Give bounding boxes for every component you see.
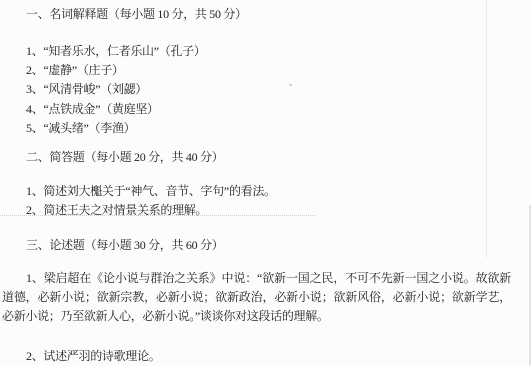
term-item: 2、“虚静”（庄子） [26,61,206,80]
essay-question-2: 2、试述严羽的诗歌理论。 [26,348,160,364]
section-1-items: 1、“知者乐水，仁者乐山”（孔子） 2、“虚静”（庄子） 3、“风清骨峻”（刘勰… [26,42,206,138]
essay-question-1: 1、梁启超在《论小说与群治之关系》中说：“欲新一国之民，不可不先新一国之小说。故… [2,269,511,327]
term-item: 3、“风清骨峻”（刘勰） [26,80,206,99]
short-answer-item: 1、简述刘大櫆关于“神气、音节、字句”的看法。 [26,182,276,201]
scan-artifact-fold-line [486,0,487,258]
scan-artifact-speck [289,84,292,86]
term-item: 4、“点铁成金”（黄庭坚） [26,100,206,119]
term-item: 1、“知者乐水，仁者乐山”（孔子） [26,42,206,61]
section-1-heading: 一、名词解释题（每小题 10 分，共 50 分） [26,6,247,22]
section-3-heading: 三、论述题（每小题 30 分，共 60 分） [26,237,223,253]
section-2-heading: 二、简答题（每小题 20 分，共 40 分） [26,149,223,165]
exam-paper-page: 一、名词解释题（每小题 10 分，共 50 分） 1、“知者乐水，仁者乐山”（孔… [0,0,531,366]
short-answer-item: 2、简述王夫之对情景关系的理解。 [26,201,276,220]
scan-artifact-dotted-line [0,215,315,216]
term-item: 5、“减头绪”（李渔） [26,119,206,138]
